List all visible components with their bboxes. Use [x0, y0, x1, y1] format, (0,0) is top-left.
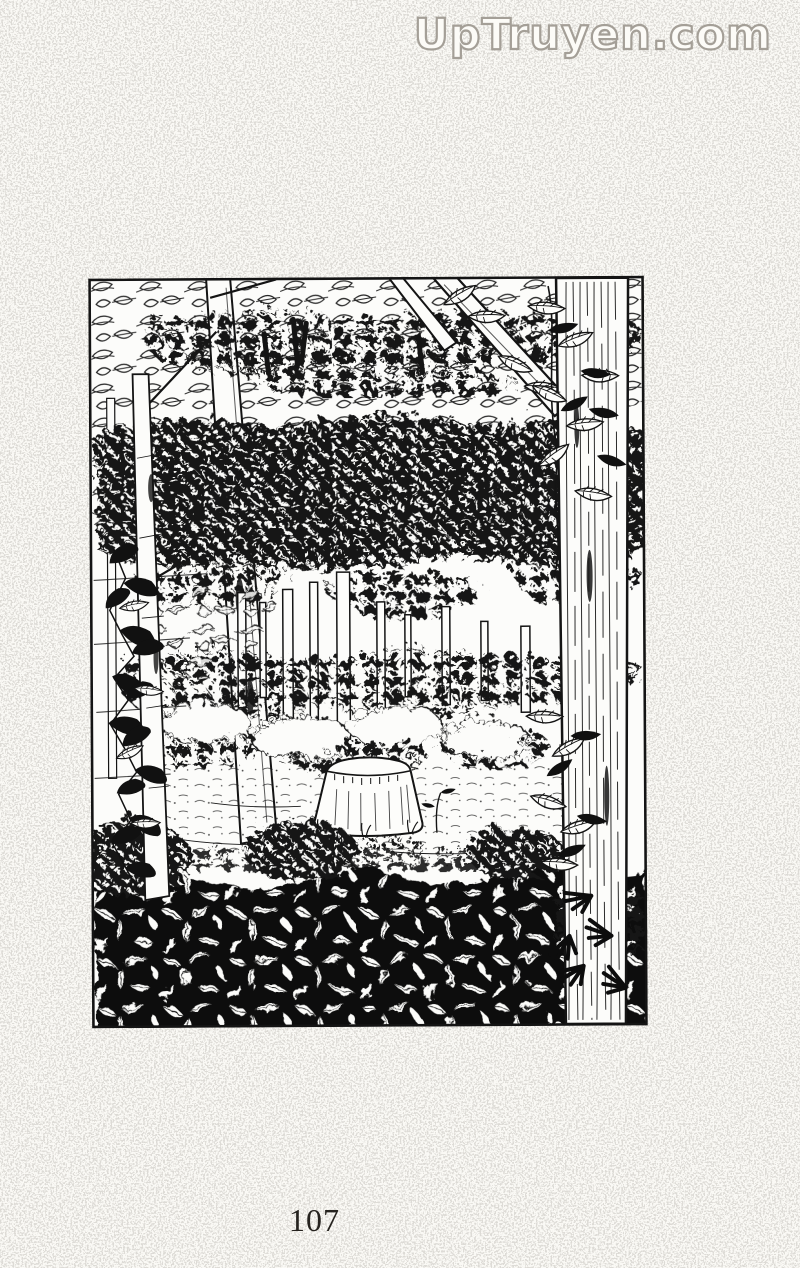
forest-illustration — [88, 276, 648, 1029]
illustration-frame — [88, 276, 648, 1029]
page-number: 107 — [289, 1202, 340, 1239]
watermark: UpTruyen.com — [414, 10, 772, 60]
manga-page: UpTruyen.com — [0, 0, 800, 1268]
